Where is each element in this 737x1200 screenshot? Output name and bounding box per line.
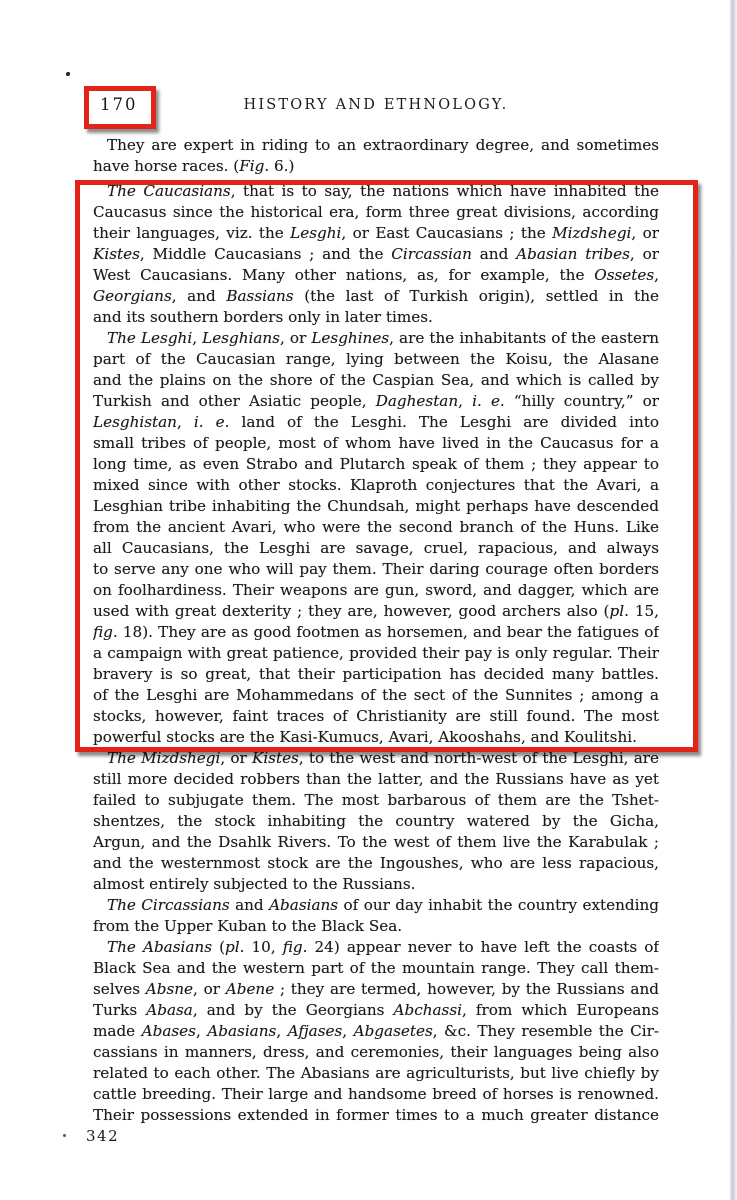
paragraph: The Lesghi, Lesghians, or Lesghines, are… — [93, 328, 659, 748]
page-number: 170 — [100, 95, 138, 114]
ink-speck-bottom — [63, 1134, 66, 1137]
text-line: on foolhardiness. Their weapons are gun,… — [93, 580, 659, 601]
text-line: small tribes of people, most of whom hav… — [93, 433, 659, 454]
text-line: and its southern borders only in later t… — [93, 307, 659, 328]
text-line: The Circassians and Abasians of our day … — [93, 895, 659, 916]
text-line: their languages, viz. the Lesghi, or Eas… — [93, 223, 659, 244]
text-line: used with great dexterity ; they are, ho… — [93, 601, 659, 622]
text-line: stocks, however, faint traces of Christi… — [93, 706, 659, 727]
text-line: from the Upper Kuban to the Black Sea. — [93, 916, 659, 937]
text-line: related to each other. The Abasians are … — [93, 1063, 659, 1084]
running-header: HISTORY AND ETHNOLOGY. — [93, 97, 659, 113]
text-line: Kistes, Middle Caucasians ; and the Circ… — [93, 244, 659, 265]
text-line: have horse races. (Fig. 6.) — [93, 156, 659, 177]
text-line: Lesghian tribe inhabiting the Chundsah, … — [93, 496, 659, 517]
text-column: They are expert in riding to an extraord… — [93, 135, 659, 1126]
text-line: powerful stocks are the Kasi-Kumucs, Ava… — [93, 727, 659, 748]
text-line: selves Absne, or Abene ; they are termed… — [93, 979, 659, 1000]
text-line: a campaign with great patience, provided… — [93, 643, 659, 664]
text-line: failed to subjugate them. The most barba… — [93, 790, 659, 811]
text-line: cassians in manners, dress, and ceremoni… — [93, 1042, 659, 1063]
text-line: Argun, and the Dsahlk Rivers. To the wes… — [93, 832, 659, 853]
text-line: mixed since with other stocks. Klaproth … — [93, 475, 659, 496]
text-line: and the westernmost stock are the Ingous… — [93, 853, 659, 874]
ink-speck-top — [66, 72, 70, 76]
scanned-page: HISTORY AND ETHNOLOGY. 170 They are expe… — [0, 0, 737, 1200]
text-line: The Lesghi, Lesghians, or Lesghines, are… — [93, 328, 659, 349]
text-line: The Abasians (pl. 10, fig. 24) appear ne… — [93, 937, 659, 958]
text-line: Black Sea and the western part of the mo… — [93, 958, 659, 979]
text-line: almost entirely subjected to the Russian… — [93, 874, 659, 895]
text-line: Georgians, and Bassians (the last of Tur… — [93, 286, 659, 307]
text-line: The Caucasians, that is to say, the nati… — [93, 181, 659, 202]
text-line: Turks Abasa, and by the Georgians Abchas… — [93, 1000, 659, 1021]
text-line: cattle breeding. Their large and handsom… — [93, 1084, 659, 1105]
text-line: bravery is so great, that their particip… — [93, 664, 659, 685]
text-line: long time, as even Strabo and Plutarch s… — [93, 454, 659, 475]
text-line: all Caucasians, the Lesghi are savage, c… — [93, 538, 659, 559]
text-line: shentzes, the stock inhabiting the count… — [93, 811, 659, 832]
paragraph: The Caucasians, that is to say, the nati… — [93, 181, 659, 328]
text-line: from the ancient Avari, who were the sec… — [93, 517, 659, 538]
paragraph: The Circassians and Abasians of our day … — [93, 895, 659, 937]
text-line: The Mizdshegi, or Kistes, to the west an… — [93, 748, 659, 769]
text-line: Their possessions extended in former tim… — [93, 1105, 659, 1126]
text-line: Turkish and other Asiatic people, Daghes… — [93, 391, 659, 412]
paragraph: They are expert in riding to an extraord… — [93, 135, 659, 177]
text-line: Lesghistan, i. e. land of the Lesghi. Th… — [93, 412, 659, 433]
text-line: to serve any one who will pay them. Thei… — [93, 559, 659, 580]
scan-edge-shadow — [729, 0, 737, 1200]
text-line: still more decided robbers than the latt… — [93, 769, 659, 790]
text-line: part of the Caucasian range, lying betwe… — [93, 349, 659, 370]
text-line: They are expert in riding to an extraord… — [93, 135, 659, 156]
text-line: made Abases, Abasians, Afjases, Abgasete… — [93, 1021, 659, 1042]
text-line: fig. 18). They are as good footmen as ho… — [93, 622, 659, 643]
text-line: and the plains on the shore of the Caspi… — [93, 370, 659, 391]
text-line: Caucasus since the historical era, form … — [93, 202, 659, 223]
paragraph: The Abasians (pl. 10, fig. 24) appear ne… — [93, 937, 659, 1126]
paragraph: The Mizdshegi, or Kistes, to the west an… — [93, 748, 659, 895]
text-line: West Caucasians. Many other nations, as,… — [93, 265, 659, 286]
signature-mark: 342 — [86, 1127, 119, 1145]
text-line: of the Lesghi are Mohammedans of the sec… — [93, 685, 659, 706]
